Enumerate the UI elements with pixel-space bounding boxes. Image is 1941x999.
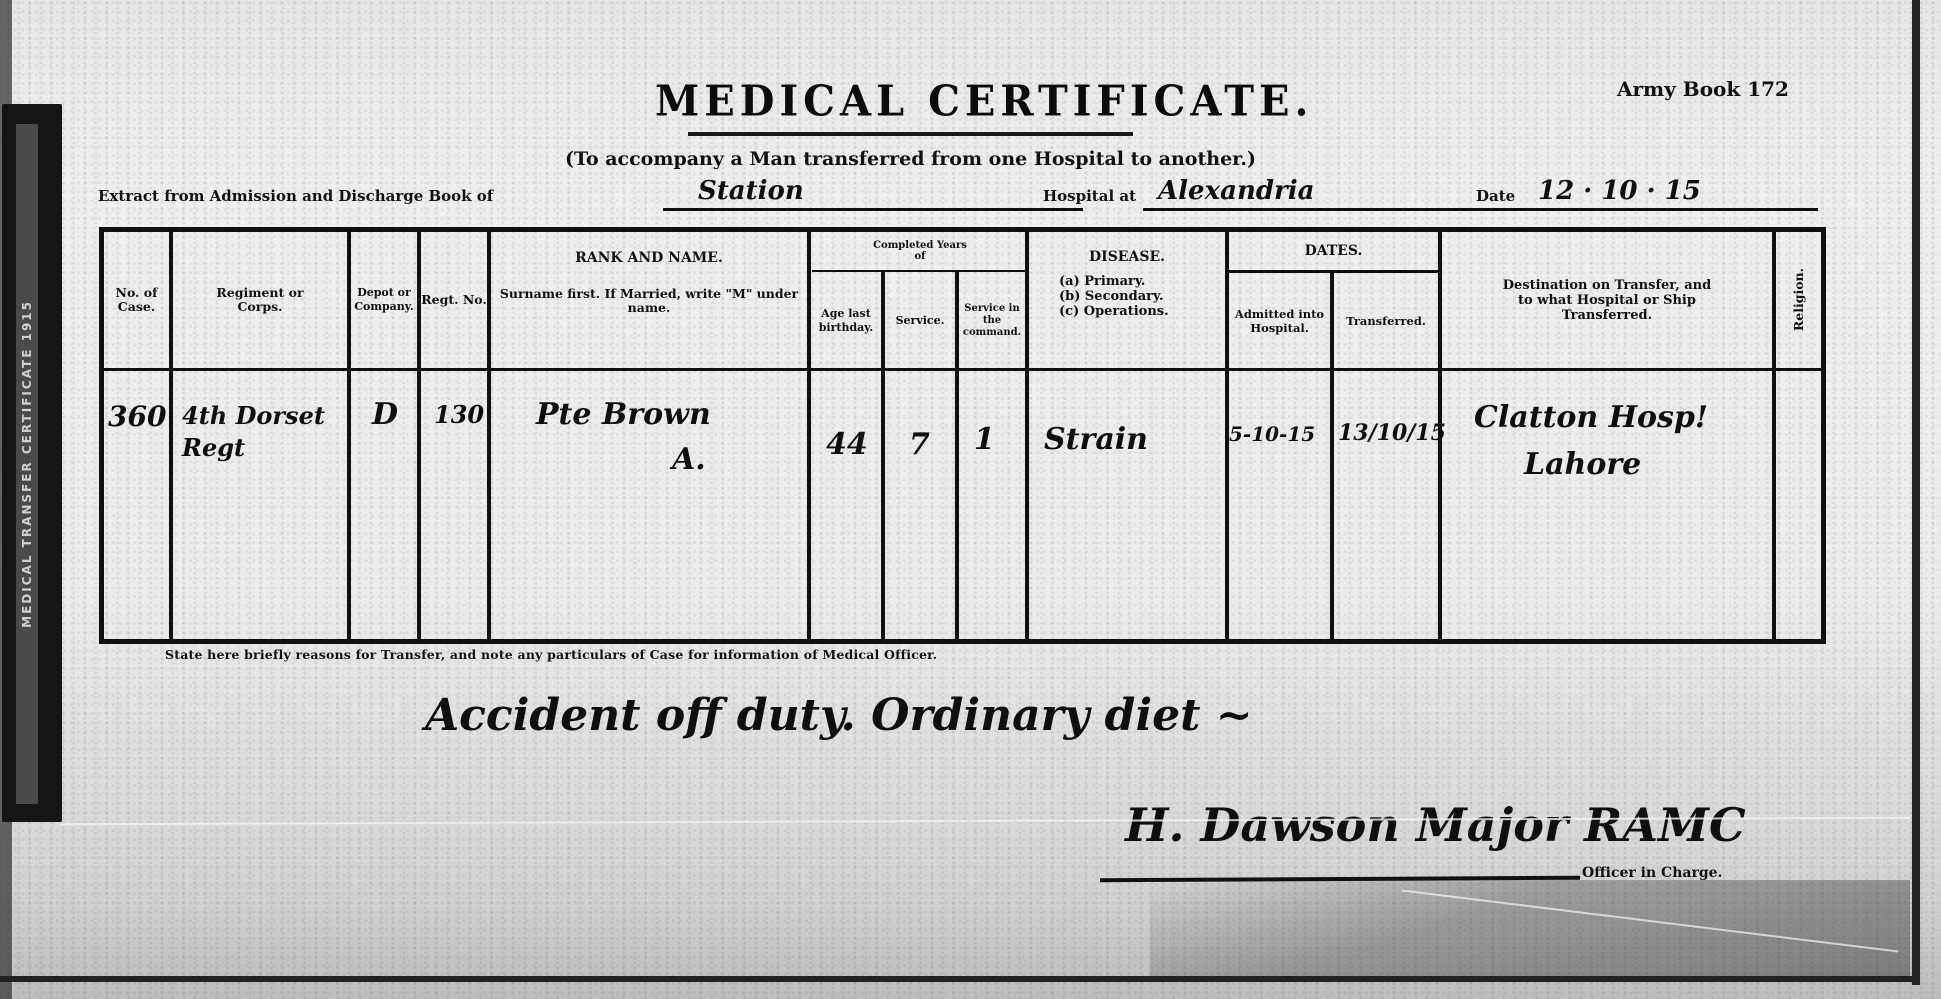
header-dates: DATES. bbox=[1229, 232, 1438, 270]
extract-label: Extract from Admission and Discharge Boo… bbox=[98, 187, 493, 205]
years-group-divider bbox=[812, 270, 1028, 272]
scan-edge-right bbox=[1912, 0, 1920, 985]
cell-married-mark: A. bbox=[672, 442, 706, 477]
header-completed-years: Completed Years of bbox=[812, 232, 1028, 270]
side-strip-text: MEDICAL TRANSFER CERTIFICATE 1915 bbox=[20, 300, 34, 628]
hospital-at-value: Alexandria bbox=[1158, 176, 1314, 206]
header-service: Service. bbox=[885, 274, 955, 368]
case-table: No. of Case. Regiment or Corps. Depot or… bbox=[99, 227, 1826, 644]
header-divider bbox=[104, 368, 1822, 371]
cell-destination-line1: Clatton Hosp! bbox=[1474, 400, 1708, 435]
header-disease-title: DISEASE. bbox=[1029, 246, 1225, 268]
book-of-underline bbox=[663, 208, 1083, 211]
header-service-command: Service in the command. bbox=[959, 274, 1025, 368]
cell-regiment: 4th Dorset Regt bbox=[182, 400, 342, 464]
header-rank-name-sub: Surname first. If Married, write "M" und… bbox=[499, 276, 799, 326]
header-no-of-case: No. of Case. bbox=[104, 232, 169, 368]
document-subtitle: (To accompany a Man transferred from one… bbox=[565, 148, 1256, 170]
header-disease-secondary: (b) Secondary. bbox=[1059, 289, 1219, 304]
hospital-at-label: Hospital at bbox=[1043, 187, 1136, 205]
date-label: Date bbox=[1476, 187, 1515, 205]
cell-disease: Strain bbox=[1044, 422, 1148, 457]
cell-company: D bbox=[372, 397, 398, 432]
side-strip-inner: MEDICAL TRANSFER CERTIFICATE 1915 bbox=[16, 124, 38, 804]
hospital-at-underline bbox=[1143, 208, 1563, 211]
cell-transferred: 13/10/15 bbox=[1338, 420, 1446, 446]
scan-edge-bottom bbox=[0, 976, 1920, 982]
header-regt-no: Regt. No. bbox=[421, 232, 487, 368]
book-of-value: Station bbox=[698, 176, 804, 206]
document-title: MEDICAL CERTIFICATE. bbox=[655, 77, 1313, 126]
date-value: 12 · 10 · 15 bbox=[1538, 176, 1701, 206]
header-transferred: Transferred. bbox=[1334, 274, 1438, 368]
header-company: Depot or Company. bbox=[351, 232, 417, 368]
date-underline bbox=[1518, 208, 1818, 211]
header-age: Age last birthday. bbox=[811, 274, 881, 368]
extract-line: Extract from Admission and Discharge Boo… bbox=[98, 182, 1818, 212]
form-number: Army Book 172 bbox=[1617, 77, 1789, 101]
officer-signature: H. Dawson Major RAMC bbox=[1125, 798, 1746, 852]
header-destination: Destination on Transfer, and to what Hos… bbox=[1442, 232, 1772, 368]
officer-role-label: Officer in Charge. bbox=[1582, 865, 1722, 881]
header-disease-operations: (c) Operations. bbox=[1059, 304, 1219, 319]
col-divider bbox=[169, 232, 173, 642]
cell-regt-no: 130 bbox=[434, 400, 484, 429]
cell-admitted: 5-10-15 bbox=[1229, 422, 1315, 446]
cell-age: 44 bbox=[826, 427, 868, 462]
cell-destination-line2: Lahore bbox=[1524, 447, 1641, 482]
col-divider bbox=[1025, 232, 1029, 642]
cell-rank-name: Pte Brown bbox=[536, 397, 711, 432]
side-strip: MEDICAL TRANSFER CERTIFICATE 1915 bbox=[2, 104, 62, 822]
header-religion: Religion. bbox=[1792, 268, 1806, 331]
remarks-text: Accident off duty. Ordinary diet ~ bbox=[425, 690, 1253, 741]
col-divider bbox=[487, 232, 491, 642]
scan-shadow bbox=[1150, 880, 1910, 980]
header-rank-name-title: RANK AND NAME. bbox=[491, 246, 807, 270]
dates-group-divider bbox=[1228, 270, 1441, 273]
remarks-instruction: State here briefly reasons for Transfer,… bbox=[165, 647, 937, 662]
title-rule bbox=[688, 132, 1133, 136]
header-regiment: Regiment or Corps. bbox=[174, 232, 346, 368]
cell-service-command: 1 bbox=[974, 422, 995, 457]
cell-no-of-case: 360 bbox=[108, 400, 166, 433]
header-religion-wrap: Religion. bbox=[1776, 232, 1822, 368]
header-admitted: Admitted into Hospital. bbox=[1229, 274, 1330, 368]
cell-service: 7 bbox=[909, 427, 930, 462]
header-disease-list: (a) Primary. (b) Secondary. (c) Operatio… bbox=[1059, 274, 1219, 319]
header-disease-primary: (a) Primary. bbox=[1059, 274, 1219, 289]
